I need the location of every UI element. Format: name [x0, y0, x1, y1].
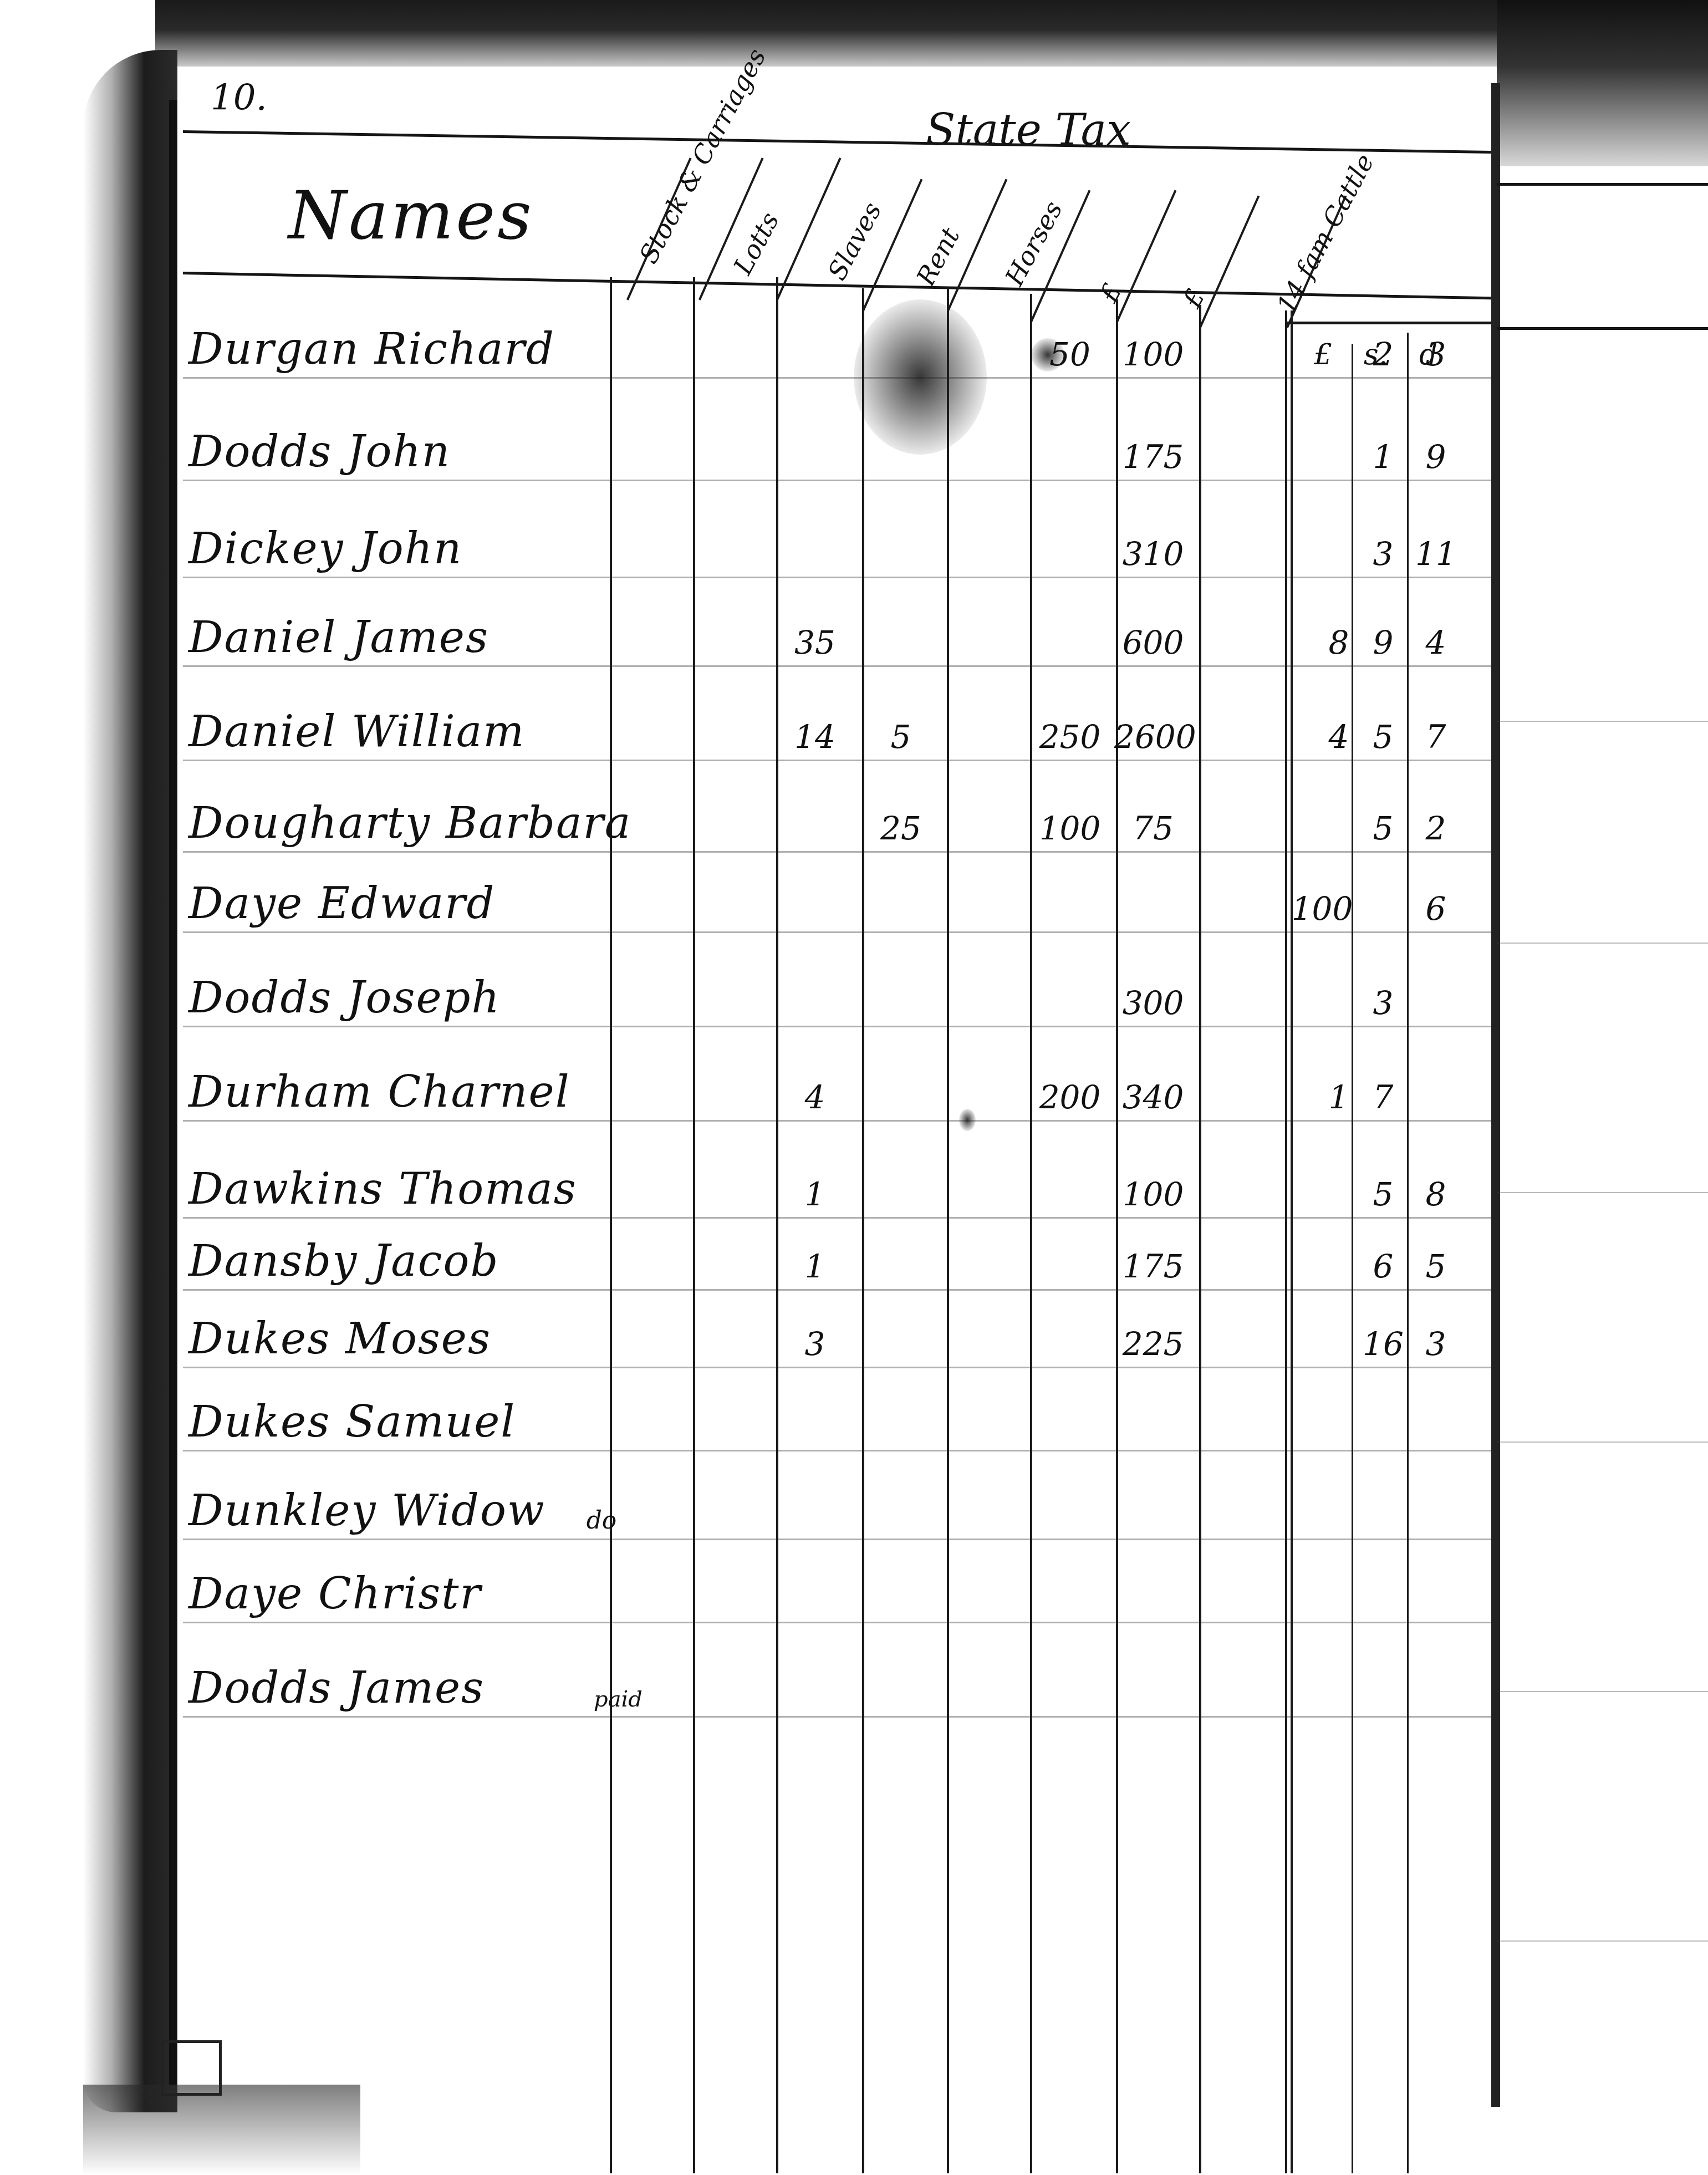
row-rule [183, 1120, 1491, 1122]
page-binding-edge [169, 100, 177, 2085]
taxpayer-name: Daye Christr [188, 1569, 482, 1619]
col-a-value: 100 [1031, 809, 1109, 847]
row-rule [183, 665, 1491, 667]
scan-shadow-top [155, 0, 1708, 67]
right-page-rule-2 [1497, 327, 1708, 330]
taxpayer-name: Dawkins Thomas [188, 1164, 577, 1214]
taxpayer-name: Daye Edward [188, 879, 495, 929]
row-rule [183, 1289, 1491, 1291]
shillings-value: 5 [1358, 809, 1408, 847]
row-rule [183, 1367, 1491, 1368]
lotts-value: 3 [776, 1325, 854, 1363]
slaves-value: 25 [862, 809, 940, 847]
lotts-value: 1 [776, 1247, 854, 1285]
col-a-value: 250 [1031, 718, 1109, 756]
pounds-value: 1 [1314, 1078, 1364, 1116]
row-rule [183, 760, 1491, 761]
faint-rule [1497, 943, 1708, 944]
shillings-value: 3 [1358, 984, 1408, 1022]
col-head-fam-cattle: 14 fam Cattle [1271, 149, 1380, 318]
ledger-row: Dawkins Thomas 1 100 5 8 [183, 1142, 1491, 1225]
row-rule [183, 1622, 1491, 1623]
pence-value: 5 [1411, 1247, 1461, 1285]
ledger-row: Durgan Richard 50 100 2 3 [183, 302, 1491, 385]
taxpayer-name: Daniel James [188, 613, 489, 663]
ledger-row: Dodds James paid [183, 1641, 1491, 1724]
ledger-row: Dougharty Barbara 25 100 75 5 2 [183, 776, 1491, 859]
row-rule [183, 1539, 1491, 1540]
row-rule [183, 1026, 1491, 1027]
section-title: State Tax [926, 105, 1131, 155]
header-top-rule [183, 130, 1491, 154]
shillings-value: 3 [1358, 535, 1408, 573]
pence-value: 7 [1411, 718, 1461, 756]
taxpayer-name: Dickey John [188, 524, 462, 574]
lotts-value: 4 [776, 1078, 854, 1116]
extra-value: 100 [1283, 890, 1361, 928]
ledger-row: Dansby Jacob 1 175 6 5 [183, 1214, 1491, 1297]
col-head-slaves: Slaves [822, 197, 887, 285]
col-a-value: 200 [1031, 1078, 1109, 1116]
pence-value: 6 [1411, 890, 1461, 928]
ledger-row: Daniel James 35 600 8 9 4 [183, 590, 1491, 674]
shillings-value: 5 [1358, 1175, 1408, 1213]
row-rule [183, 1716, 1491, 1718]
row-rule [183, 480, 1491, 481]
row-note: paid [588, 1687, 649, 1712]
slaves-value: 5 [862, 718, 940, 756]
ledger-row: Dunkley Widow do [183, 1464, 1491, 1547]
taxpayer-name: Dunkley Widow [188, 1486, 545, 1536]
taxpayer-name: Daniel William [188, 707, 525, 757]
scan-shadow-top-right [1497, 0, 1708, 166]
pounds-value: 4 [1314, 718, 1364, 756]
col-b-value: 75 [1114, 809, 1192, 847]
page-number: 10. [211, 78, 267, 119]
col-b-value: 310 [1114, 535, 1192, 573]
shillings-value: 7 [1358, 1078, 1408, 1116]
faint-rule [1497, 1940, 1708, 1942]
shillings-value: 1 [1358, 438, 1408, 476]
col-head-rent: Rent [910, 223, 965, 291]
shillings-value: 16 [1358, 1325, 1408, 1363]
corner-box [161, 2040, 222, 2096]
row-rule [183, 931, 1491, 933]
ledger-row: Dodds Joseph 300 3 [183, 951, 1491, 1034]
pence-value: 3 [1411, 335, 1461, 373]
col-b-value: 175 [1114, 438, 1192, 476]
pence-value: 11 [1411, 535, 1461, 573]
taxpayer-name: Durham Charnel [188, 1067, 570, 1117]
taxpayer-name: Durgan Richard [188, 324, 555, 374]
col-b-value: 100 [1114, 335, 1192, 373]
faint-rule [1497, 1691, 1708, 1692]
pence-value: 4 [1411, 624, 1461, 661]
col-head-horses: Horses [999, 196, 1068, 291]
col-b-value: 300 [1114, 984, 1192, 1022]
shillings-value: 9 [1358, 624, 1408, 661]
pence-value: 3 [1411, 1325, 1461, 1363]
scan-shadow-bottom [83, 2085, 360, 2175]
pence-value: 8 [1411, 1175, 1461, 1213]
ledger-row: Dukes Moses 3 225 16 3 [183, 1292, 1491, 1375]
row-rule [183, 577, 1491, 578]
pounds-value: 8 [1314, 624, 1364, 661]
col-b-value: 175 [1114, 1247, 1192, 1285]
taxpayer-name: Dodds Joseph [188, 973, 501, 1023]
taxpayer-name: Dodds James [188, 1663, 485, 1713]
faint-rule [1497, 1192, 1708, 1193]
shillings-value: 6 [1358, 1247, 1408, 1285]
row-rule [183, 377, 1491, 379]
lotts-value: 14 [776, 718, 854, 756]
taxpayer-name: Dukes Moses [188, 1314, 491, 1364]
pence-value: 2 [1411, 809, 1461, 847]
header-divider [862, 179, 922, 311]
col-a-value: 50 [1031, 335, 1109, 373]
shillings-value: 2 [1358, 335, 1408, 373]
right-page-rule-1 [1497, 183, 1708, 186]
ledger-row: Daye Edward 100 6 [183, 857, 1491, 940]
taxpayer-name: Dodds John [188, 427, 451, 477]
pence-value: 9 [1411, 438, 1461, 476]
names-header: Names [288, 177, 534, 254]
col-b-value: 340 [1114, 1078, 1192, 1116]
faint-rule [1497, 1441, 1708, 1443]
row-rule [183, 851, 1491, 853]
header-divider [776, 157, 842, 300]
col-b-value: 225 [1114, 1325, 1192, 1363]
ledger-row: Dickey John 310 3 11 [183, 502, 1491, 585]
col-b-value: 2600 [1114, 718, 1192, 756]
scan-shadow-binding [83, 50, 177, 2112]
row-note: do [577, 1506, 626, 1535]
ledger-row: Dukes Samuel [183, 1375, 1491, 1458]
right-margin-rule [1491, 83, 1500, 2107]
ledger-row: Dodds John 175 1 9 [183, 405, 1491, 488]
shillings-value: 5 [1358, 718, 1408, 756]
ledger-row: Durham Charnel 4 200 340 1 7 [183, 1045, 1491, 1128]
col-b-value: 600 [1114, 624, 1192, 661]
ledger-row: Daniel William 14 5 250 2600 4 5 7 [183, 685, 1491, 768]
lotts-value: 35 [776, 624, 854, 661]
taxpayer-name: Dansby Jacob [188, 1236, 499, 1286]
taxpayer-name: Dougharty Barbara [188, 798, 631, 848]
ledger-row: Daye Christr [183, 1547, 1491, 1630]
faint-rule [1497, 721, 1708, 722]
col-b-value: 100 [1114, 1175, 1192, 1213]
row-rule [183, 1450, 1491, 1451]
taxpayer-name: Dukes Samuel [188, 1397, 516, 1447]
lotts-value: 1 [776, 1175, 854, 1213]
